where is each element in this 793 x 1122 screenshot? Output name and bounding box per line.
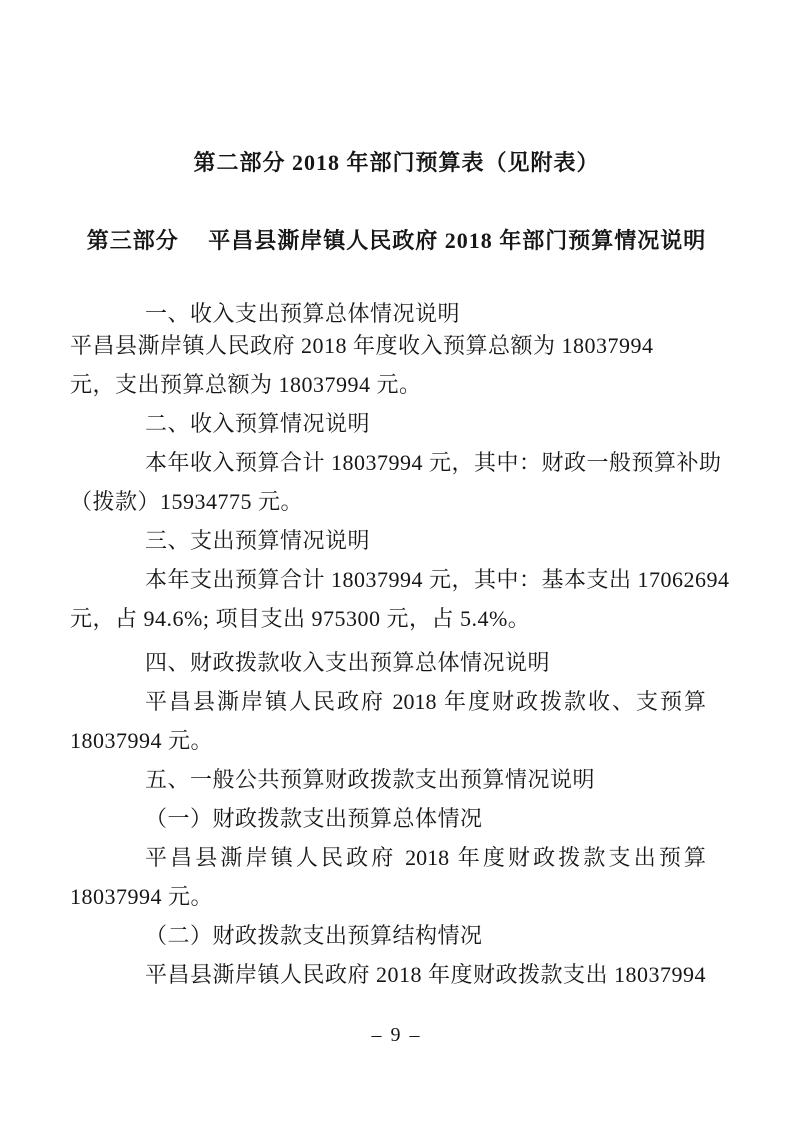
paragraph-line: 平昌县澌岸镇人民政府 2018 年度收入预算总额为 18037994 bbox=[70, 326, 706, 365]
page-number: – 9 – bbox=[0, 1024, 793, 1047]
paragraph-line: 平昌县澌岸镇人民政府 2018 年度财政拨款支出预算 bbox=[70, 838, 706, 877]
subsection-5-1-title: （一）财政拨款支出预算总体情况 bbox=[70, 799, 706, 838]
document-page: 第二部分 2018 年部门预算表（见附表） 第三部分 平昌县澌岸镇人民政府 20… bbox=[0, 0, 793, 1122]
subsection-5-2-title: （二）财政拨款支出预算结构情况 bbox=[70, 916, 706, 955]
paragraph-line: 18037994 元。 bbox=[70, 877, 706, 916]
paragraph-line: 本年收入预算合计 18037994 元，其中：财政一般预算补助 bbox=[70, 443, 706, 482]
paragraph-line: 18037994 元。 bbox=[70, 721, 706, 760]
paragraph-line: 平昌县澌岸镇人民政府 2018 年度财政拨款支出 18037994 bbox=[70, 955, 706, 994]
paragraph-line: 本年支出预算合计 18037994 元，其中：基本支出 17062694 bbox=[70, 560, 706, 599]
paragraph-line: （拨款）15934775 元。 bbox=[70, 482, 706, 521]
budget-explanation-text: 一、收入支出预算总体情况说明 平昌县澌岸镇人民政府 2018 年度收入预算总额为… bbox=[70, 294, 706, 994]
section-4-title: 四、财政拨款收入支出预算总体情况说明 bbox=[70, 643, 706, 682]
heading-part2: 第二部分 2018 年部门预算表（见附表） bbox=[0, 146, 793, 177]
paragraph-line: 平昌县澌岸镇人民政府 2018 年度财政拨款收、支预算 bbox=[70, 682, 706, 721]
heading-part3: 第三部分 平昌县澌岸镇人民政府 2018 年部门预算情况说明 bbox=[0, 224, 793, 255]
section-2-title: 二、收入预算情况说明 bbox=[70, 404, 706, 443]
paragraph-line: 元，支出预算总额为 18037994 元。 bbox=[70, 365, 706, 404]
section-3-title: 三、支出预算情况说明 bbox=[70, 521, 706, 560]
section-5-title: 五、一般公共预算财政拨款支出预算情况说明 bbox=[70, 760, 706, 799]
paragraph-line: 元，占 94.6%; 项目支出 975300 元，占 5.4%。 bbox=[70, 599, 706, 638]
